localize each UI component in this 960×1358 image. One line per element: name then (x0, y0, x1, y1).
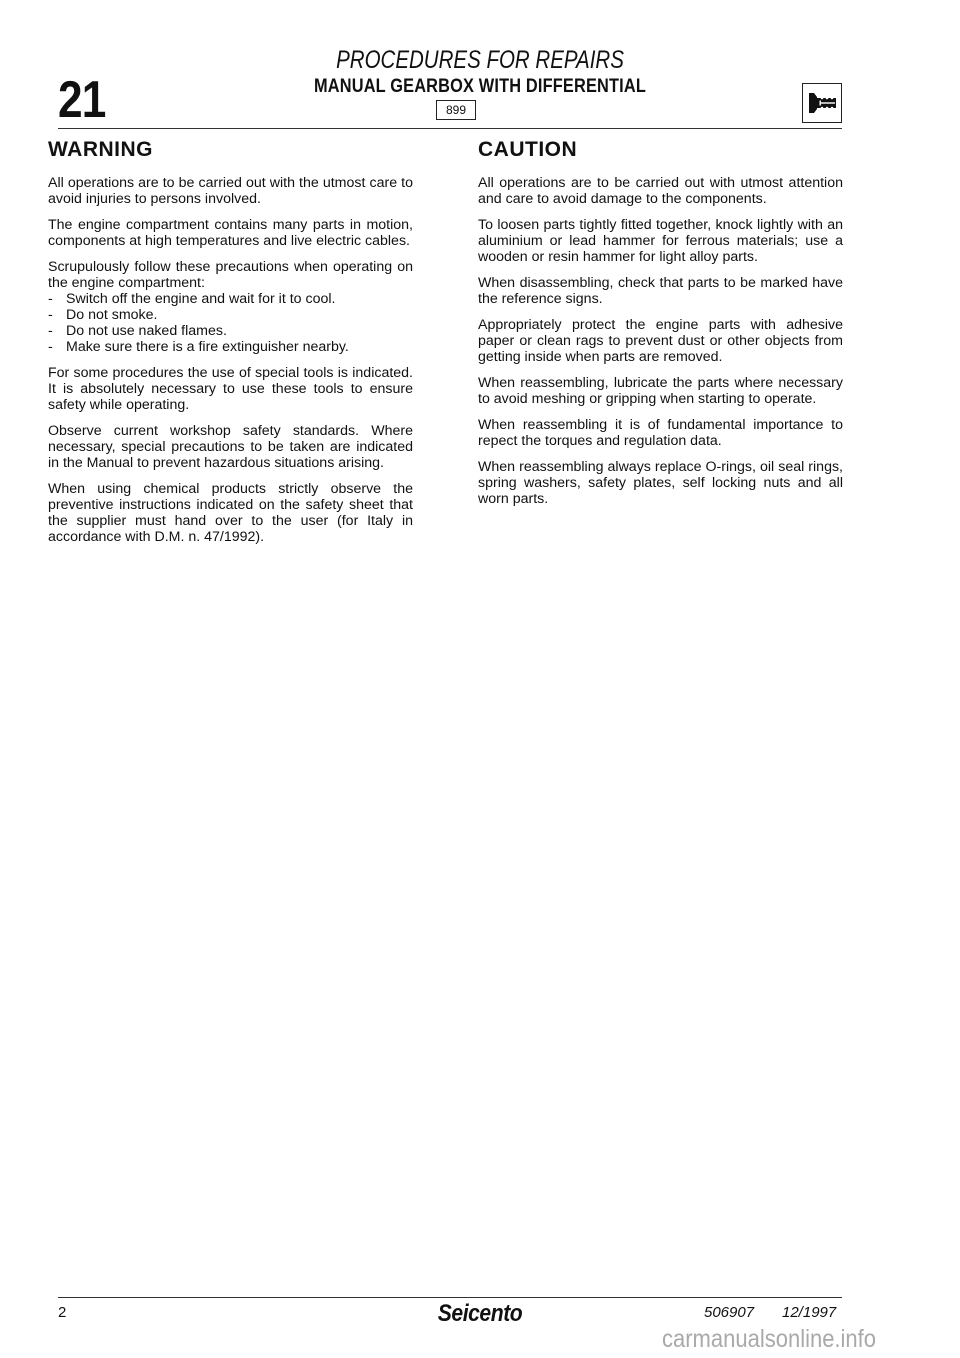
caution-paragraph: All operations are to be carried out wit… (478, 175, 843, 207)
gearbox-tool-icon (802, 83, 842, 123)
caution-heading: CAUTION (478, 137, 843, 163)
brand-logo: Seicento (58, 1300, 903, 1328)
footer-divider (58, 1297, 842, 1298)
warning-paragraph: The engine compartment contains many par… (48, 217, 413, 249)
caution-paragraph: When disassembling, check that parts to … (478, 275, 843, 307)
caution-paragraph: When reassembling, lubricate the parts w… (478, 375, 843, 407)
header-divider (58, 128, 842, 129)
document-code: 506907 (704, 1304, 754, 1321)
list-marker: - (48, 339, 53, 355)
caution-paragraph: When reassembling always replace O-rings… (478, 459, 843, 507)
warning-paragraph: Scrupulously follow these precautions wh… (48, 259, 413, 291)
warning-heading: WARNING (48, 137, 413, 163)
caution-section: CAUTION All operations are to be carried… (478, 137, 843, 517)
warning-paragraph: All operations are to be carried out wit… (48, 175, 413, 207)
page-subtitle: MANUAL GEARBOX WITH DIFFERENTIAL (67, 77, 893, 96)
section-code-badge: 899 (436, 100, 476, 120)
list-item: -Switch off the engine and wait for it t… (48, 291, 413, 307)
list-marker: - (48, 307, 53, 323)
warning-section: WARNING All operations are to be carried… (48, 137, 413, 555)
watermark: carmanualsonline.info (662, 1325, 876, 1354)
list-item: -Do not smoke. (48, 307, 413, 323)
caution-paragraph: When reassembling it is of fundamental i… (478, 417, 843, 449)
precautions-list: -Switch off the engine and wait for it t… (48, 291, 413, 355)
list-marker: - (48, 291, 53, 307)
warning-paragraph: For some procedures the use of special t… (48, 365, 413, 413)
caution-paragraph: To loosen parts tightly fitted together,… (478, 217, 843, 265)
caution-paragraph: Appropriately protect the engine parts w… (478, 317, 843, 365)
list-item: -Make sure there is a fire extinguisher … (48, 339, 413, 355)
page-title: PROCEDURES FOR REPAIRS (86, 48, 873, 73)
list-marker: - (48, 323, 53, 339)
warning-paragraph: Observe current workshop safety standard… (48, 423, 413, 471)
list-item: -Do not use naked flames. (48, 323, 413, 339)
document-date: 12/1997 (782, 1304, 836, 1321)
warning-paragraph: When using chemical products strictly ob… (48, 481, 413, 545)
